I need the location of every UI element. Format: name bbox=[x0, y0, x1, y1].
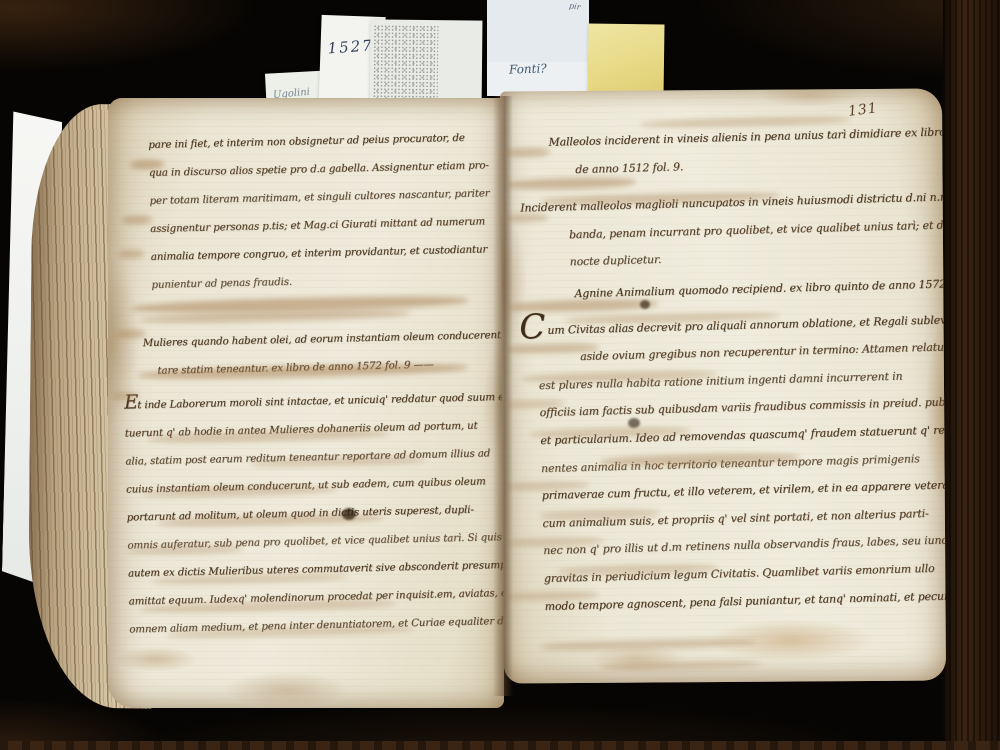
folio-number: 131 bbox=[847, 100, 879, 120]
manuscript-photo: Ugolini 1527 pir Fonti? pare ini fiet, e… bbox=[0, 0, 1000, 750]
paragraph: pare ini fiet, et interim non obsignetur… bbox=[148, 124, 492, 300]
left-page: pare ini fiet, et interim non obsignetur… bbox=[108, 98, 504, 708]
right-page-text: Malleolos inciderent in vineis alienis i… bbox=[526, 119, 944, 621]
paragraph: Mulieres quando habent olei, ad eorum in… bbox=[142, 322, 493, 386]
paragraph: Et inde Laborerum moroli sint intactae, … bbox=[124, 380, 500, 644]
paragraph: Agnine Animalium quomodo recipiend. ex l… bbox=[530, 271, 936, 309]
left-page-text: pare ini fiet, et interim non obsignetur… bbox=[148, 124, 500, 644]
manuscript-book: pare ini fiet, et interim non obsignetur… bbox=[0, 0, 1000, 750]
right-page: 131 Malleolos inciderent in vineis alien… bbox=[500, 88, 946, 683]
paragraph: Malleolos inciderent in vineis alienis i… bbox=[526, 119, 932, 185]
paragraph: Inciderent malleolos maglioli nuncupatos… bbox=[520, 184, 935, 278]
paragraph: Cum Civitas alias decrevit pro aliquali … bbox=[537, 306, 944, 620]
